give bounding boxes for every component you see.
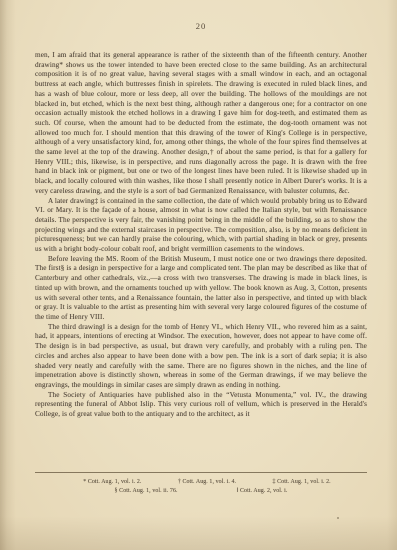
book-page: 20 men, I am afraid that its general app… [0,0,397,550]
footnote-divider [35,472,367,473]
paragraph-society-antiquaries: The Society of Antiquaries have publishe… [35,391,367,420]
paper-speck [337,517,339,519]
body-text: men, I am afraid that its general appear… [35,51,367,420]
page-number: 20 [35,21,367,31]
paragraph-later-drawing: A later drawing‡ is contained in the sam… [35,197,367,255]
footnote-double-dagger: ‡ Cott. Aug. 1, vol. i. 2. [273,478,331,487]
footnote-dagger: † Cott. Aug. 1, vol. i. 4. [178,478,236,487]
footnote-parallel-mark: ‖ Cott. Aug. 2, vol. i. [237,487,288,496]
paragraph-continuation: men, I am afraid that its general appear… [35,51,367,197]
footnote-row-2: § Cott. Aug. 1, vol. ii. 76. ‖ Cott. Aug… [35,487,367,496]
footnote-section-mark: § Cott. Aug. 1, vol. ii. 76. [115,487,178,496]
paragraph-third-drawing: The third drawing‖ is a design for the t… [35,323,367,391]
paragraph-ms-room: Before leaving the MS. Room of the Briti… [35,255,367,323]
footnote-row-1: * Cott. Aug. 1, vol. i. 2. † Cott. Aug. … [35,478,367,487]
footnote-asterisk: * Cott. Aug. 1, vol. i. 2. [83,478,141,487]
footnote-section: * Cott. Aug. 1, vol. i. 2. † Cott. Aug. … [35,472,367,496]
